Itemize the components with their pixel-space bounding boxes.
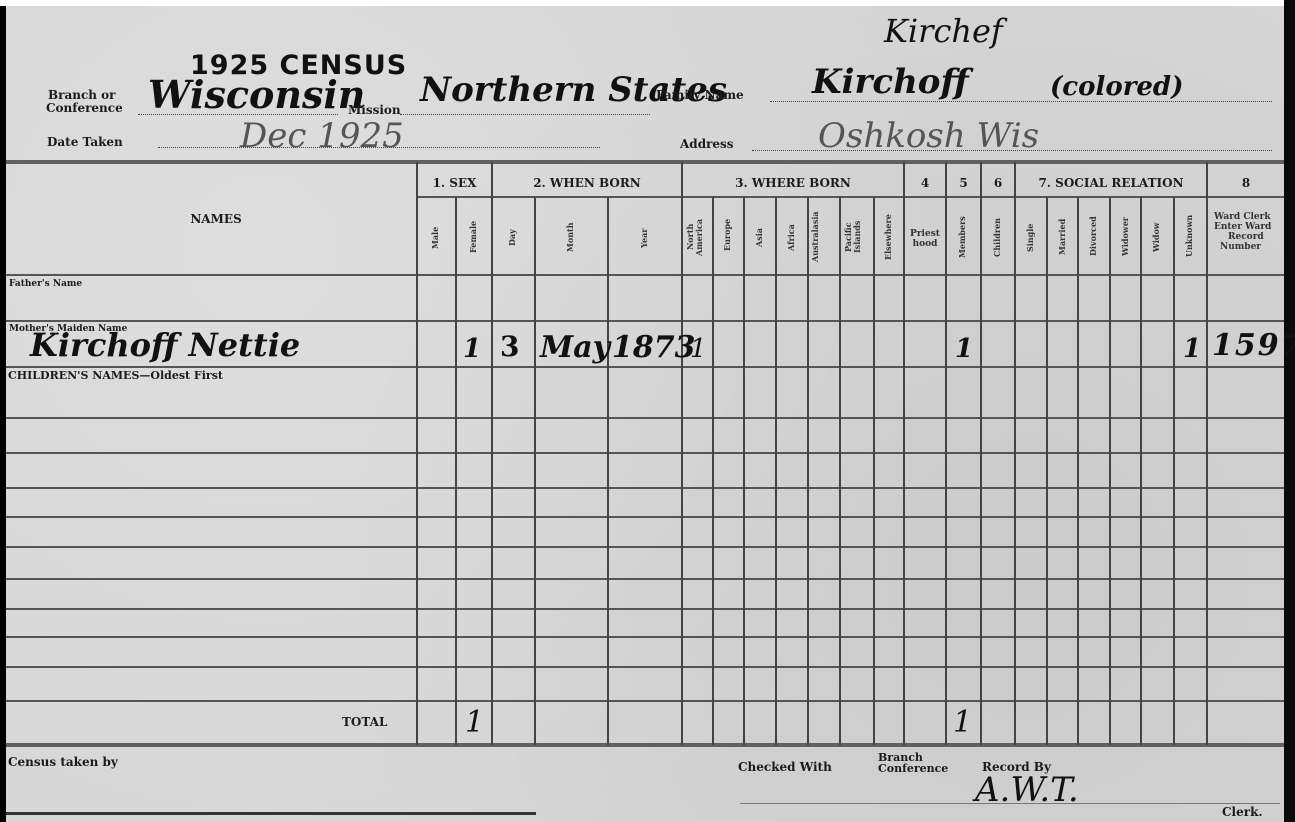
row-rule-father — [6, 274, 1284, 276]
female-subheader: Female — [469, 212, 478, 262]
row-rule-mother — [6, 320, 1284, 322]
address-label: Address — [680, 138, 734, 151]
australasia-subheader: Australasia — [811, 204, 833, 270]
col-divider — [712, 197, 714, 745]
family-name-value: Kirchoff — [812, 62, 969, 102]
social-relation-header: 7. SOCIAL RELATION — [1016, 176, 1206, 190]
col-divider — [1046, 197, 1048, 745]
ward-record-subheader: Ward Clerk Enter Ward Record Number — [1210, 212, 1294, 252]
father-name-label: Father's Name — [9, 279, 82, 289]
col-divider — [1109, 197, 1111, 745]
children-subheader: Children — [993, 210, 1002, 265]
mother-birth-year: 1873 — [612, 330, 696, 365]
mother-birth-day: 3 — [500, 330, 519, 363]
family-name-label: Family Name — [656, 89, 744, 102]
single-subheader: Single — [1026, 218, 1035, 258]
branch-conference-line2: Conference — [878, 763, 948, 774]
year-subheader: Year — [640, 218, 649, 258]
scan-right-border — [1284, 0, 1295, 822]
mother-record-number: 1597 — [1212, 328, 1295, 363]
north-america-subheader: North America — [686, 204, 706, 270]
table-bottom-rule — [6, 743, 1284, 747]
total-female: 1 — [465, 705, 484, 740]
africa-subheader: Africa — [787, 215, 796, 260]
ward-record-line4: Number — [1214, 242, 1294, 252]
col-divider-when-born — [681, 162, 683, 745]
col4-header: 4 — [905, 176, 945, 190]
branch-label-line2: Conference — [46, 102, 123, 115]
col-divider-where-born — [903, 162, 905, 745]
row-rule-children — [6, 366, 1284, 368]
col-divider — [1140, 197, 1142, 745]
date-taken-value: Dec 1925 — [240, 116, 404, 156]
col-divider-sex — [491, 162, 493, 745]
col-divider — [743, 197, 745, 745]
mother-unknown-entry: 1 — [1183, 334, 1201, 364]
branch-conference-label: Branch Conference — [878, 752, 948, 774]
address-value: Oshkosh Wis — [818, 116, 1039, 156]
europe-subheader: Europe — [723, 210, 732, 260]
col-divider — [839, 197, 841, 745]
col-divider-4 — [945, 162, 947, 745]
day-subheader: Day — [508, 218, 517, 258]
col-divider — [455, 197, 457, 745]
mother-name-entry: Kirchoff Nettie — [30, 326, 300, 364]
mother-north-america-entry: 1 — [690, 334, 707, 364]
priesthood-subheader: Priest hood — [906, 229, 944, 249]
row-rule — [6, 546, 1284, 548]
asia-subheader: Asia — [755, 222, 764, 254]
col-divider-6 — [1014, 162, 1016, 745]
census-taken-by-label: Census taken by — [8, 755, 118, 769]
row-rule-total — [6, 700, 1284, 702]
row-rule — [6, 417, 1284, 419]
total-label: TOTAL — [342, 715, 387, 729]
date-taken-label: Date Taken — [47, 136, 123, 149]
row-rule — [6, 487, 1284, 489]
row-rule — [6, 516, 1284, 518]
checked-with-label: Checked With — [738, 760, 832, 774]
where-born-header: 3. WHERE BORN — [683, 176, 903, 190]
ward-record-line3: Record — [1214, 232, 1294, 242]
col-divider — [1173, 197, 1175, 745]
row-rule — [6, 578, 1284, 580]
col-divider — [534, 197, 536, 745]
row-rule — [6, 636, 1284, 638]
col-divider-names — [416, 162, 418, 745]
widow-subheader: Widow — [1152, 214, 1161, 260]
male-subheader: Male — [431, 215, 440, 260]
clerk-label: Clerk. — [1222, 805, 1263, 819]
when-born-header: 2. WHEN BORN — [493, 176, 681, 190]
family-name-correction: Kirchef — [884, 12, 1003, 50]
pacific-islands-subheader: Pacific Islands — [844, 206, 868, 268]
col5-header: 5 — [947, 176, 980, 190]
family-name-note: (colored) — [1050, 72, 1183, 102]
mother-birth-month: May — [540, 330, 610, 365]
names-header: NAMES — [166, 212, 266, 226]
row-rule — [6, 666, 1284, 668]
members-subheader: Members — [958, 210, 967, 265]
col6-header: 6 — [982, 176, 1014, 190]
ward-record-line1: Ward Clerk — [1214, 212, 1294, 222]
mother-members-entry: 1 — [955, 334, 973, 364]
census-taken-by-line — [6, 812, 536, 815]
elsewhere-subheader: Elsewhere — [884, 205, 893, 269]
col8-header: 8 — [1208, 176, 1284, 190]
divorced-subheader: Divorced — [1089, 208, 1098, 264]
unknown-subheader: Unknown — [1185, 208, 1194, 264]
col-divider — [607, 197, 609, 745]
mission-field-line — [400, 114, 650, 115]
col-divider-5 — [980, 162, 982, 745]
col-divider-social — [1206, 162, 1208, 745]
col-divider — [807, 197, 809, 745]
total-members: 1 — [953, 705, 972, 740]
married-subheader: Married — [1058, 212, 1067, 262]
col-divider — [1077, 197, 1079, 745]
col-divider — [775, 197, 777, 745]
col-divider — [873, 197, 875, 745]
mother-female-entry: 1 — [463, 334, 481, 364]
row-rule — [6, 608, 1284, 610]
table-top-rule — [6, 160, 1284, 164]
widower-subheader: Widower — [1121, 208, 1130, 264]
record-by-line — [740, 803, 1280, 804]
record-by-value: A.W.T. — [975, 770, 1079, 810]
month-subheader: Month — [566, 215, 575, 260]
row-rule — [6, 452, 1284, 454]
branch-value: Wisconsin — [148, 72, 365, 117]
children-names-label: CHILDREN'S NAMES—Oldest First — [8, 369, 223, 382]
sex-header: 1. SEX — [418, 176, 491, 190]
ward-record-line2: Enter Ward — [1214, 222, 1294, 232]
group-header-rule — [417, 196, 1284, 198]
